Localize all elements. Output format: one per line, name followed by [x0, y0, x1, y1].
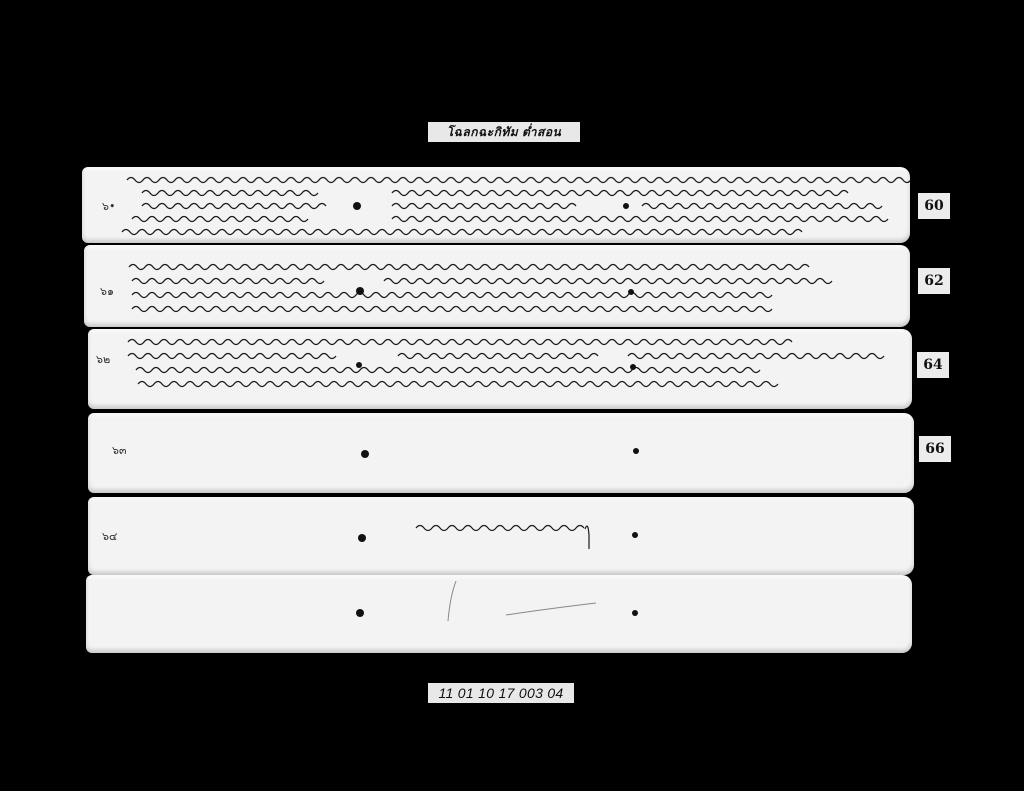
leaf-marker: ๖๑ — [100, 282, 114, 300]
manuscript-text-lines — [84, 245, 910, 327]
leaf-marker: ๖๓ — [112, 441, 127, 459]
document-title-label: โฉลกฉะกิทัม ต่ำสอน — [428, 122, 580, 142]
binding-hole — [353, 202, 361, 210]
binding-hole — [361, 450, 369, 458]
binding-hole — [356, 362, 362, 368]
leaf-marker: ๖๒ — [96, 350, 110, 368]
archive-code-label: 11 01 10 17 003 04 — [428, 683, 574, 703]
leaf-marker: ๖๔ — [102, 527, 117, 545]
palm-leaf-3: ๖๒ — [88, 329, 912, 409]
leaf-scratch-marks — [86, 575, 912, 653]
binding-hole — [623, 203, 629, 209]
page-number-60: 60 — [918, 193, 950, 219]
binding-hole — [630, 364, 636, 370]
binding-hole — [632, 532, 638, 538]
binding-hole — [356, 287, 364, 295]
binding-hole — [356, 609, 364, 617]
binding-hole — [358, 534, 366, 542]
leaf-marker: ๖• — [102, 197, 115, 215]
palm-leaf-4: ๖๓ — [88, 413, 914, 493]
page-number-66: 66 — [919, 436, 951, 462]
palm-leaf-6 — [86, 575, 912, 653]
manuscript-text-lines — [88, 497, 914, 575]
binding-hole — [632, 610, 638, 616]
palm-leaf-2: ๖๑ — [84, 245, 910, 327]
binding-hole — [633, 448, 639, 454]
palm-leaf-1: ๖• — [82, 167, 910, 243]
page-number-64: 64 — [917, 352, 949, 378]
binding-hole — [628, 289, 634, 295]
palm-leaf-5: ๖๔ — [88, 497, 914, 575]
manuscript-text-lines — [82, 167, 910, 243]
manuscript-text-lines — [88, 329, 912, 409]
page-number-62: 62 — [918, 268, 950, 294]
